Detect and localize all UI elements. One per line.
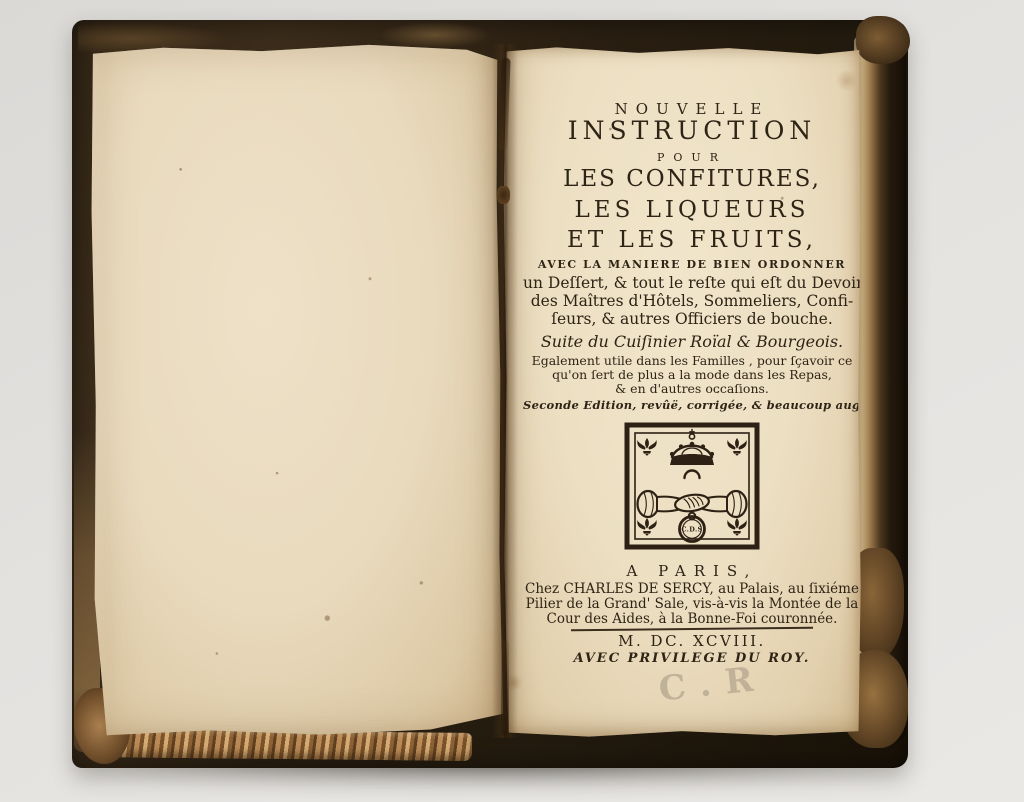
title-page: NOUVELLE INSTRUCTION POUR LES CONFITURES…: [503, 46, 861, 738]
fleur-de-lis-icon: [637, 438, 656, 456]
clasped-hands-icon: [638, 471, 747, 518]
usage-line-3: & en d'autres occaſions.: [523, 381, 861, 396]
title-line-2: INSTRUCTION: [523, 116, 861, 145]
printer-device-woodcut: C.D.S: [622, 420, 762, 552]
subtitle-line-2: des Maîtres d'Hôtels, Sommeliers, Confi-: [523, 292, 861, 310]
printer-device-svg: C.D.S: [622, 420, 762, 552]
crown-icon: [670, 430, 714, 466]
imprint-publisher-line-1: Chez CHARLES DE SERCY, au Palais, au ſix…: [523, 581, 861, 597]
marbled-fore-edge: [96, 729, 472, 761]
series-note: Suite du Cuiſinier Roïal & Bourgeois.: [523, 332, 861, 351]
fleur-de-lis-icon: [727, 438, 746, 456]
imprint-date: M. DC. XCVIII.: [523, 632, 861, 650]
title-page-text: NOUVELLE INSTRUCTION POUR LES CONFITURES…: [523, 46, 861, 738]
imprint-publisher-line-3: Cour des Aides, à la Bonne-Foi couronnée…: [523, 611, 861, 627]
privilege-line: AVEC PRIVILEGE DU ROY.: [523, 651, 861, 666]
usage-line-2: qu'on ſert de plus a la mode dans les Re…: [523, 367, 861, 382]
gutter-stitching: [497, 186, 510, 204]
imprint-publisher-line-2: Pilier de la Grand' Sale, vis-à-vis la M…: [523, 596, 861, 612]
imprint-rule: [571, 627, 813, 632]
title-line-4: LES CONFITURES,: [523, 166, 861, 192]
fleur-de-lis-icon: [727, 518, 746, 536]
fleur-de-lis-icon: [637, 518, 656, 536]
title-line-6: ET LES FRUITS,: [523, 227, 861, 253]
left-blank-page: [90, 43, 505, 738]
binding-wear-top-middle: [380, 22, 490, 48]
title-line-5: LES LIQUEURS: [523, 197, 861, 223]
imprint-city: A PARIS,: [523, 562, 861, 580]
subtitle-line-3: ſeurs, & autres Officiers de bouche.: [523, 310, 861, 328]
usage-line-1: Egalement utile dans les Familles , pour…: [523, 353, 861, 368]
fleur-de-lis-icons: [637, 438, 746, 536]
subtitle-line-1: un Deſſert, & tout le reſte qui eſt du D…: [523, 274, 861, 292]
title-line-3: POUR: [523, 151, 861, 164]
monogram-medallion: C.D.S: [680, 513, 705, 542]
binding-wear-top-left: [78, 22, 228, 52]
subtitle-caps: AVEC LA MANIERE DE BIEN ORDONNER: [523, 258, 861, 271]
gutter-crease-bottom: [501, 640, 509, 736]
binding-wear-top-right: [856, 16, 910, 64]
edition-note: Seconde Edition, revûë, corrigée, & beau…: [523, 398, 861, 412]
monogram-text: C.D.S: [681, 526, 702, 534]
